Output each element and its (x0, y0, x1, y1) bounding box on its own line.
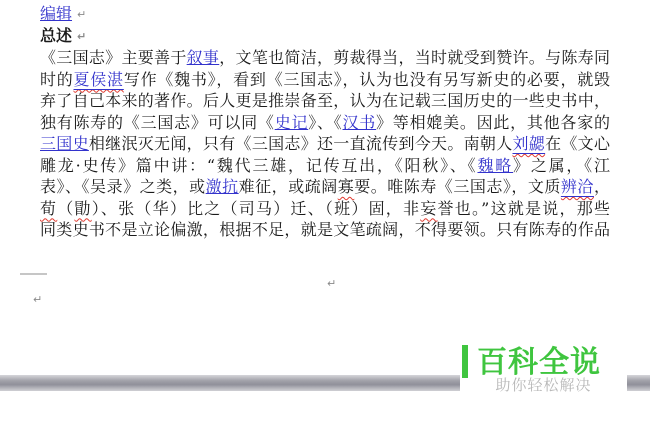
paragraph-line: 三国史相继泯灭无闻，只有《三国志》还一直流传到今天。南朝人刘勰在《文心 (40, 133, 610, 155)
text-run: 》等相媲美。因此，其他各家的 (376, 113, 610, 132)
text-run: 《三国志》主要善于 (40, 48, 187, 67)
text-run: 时的 (40, 70, 74, 89)
text-run: 寡 (338, 177, 355, 196)
text-run: 在《文心 (545, 134, 610, 153)
text-run: 弃了自己本来的著作。后人更是推崇备至，认为在记载三国历史的一些史书中， (40, 91, 610, 110)
watermark-logo: 百科全说 助你轻松解决 (460, 334, 627, 400)
text-run: 雕龙·史传》篇中讲：“魏代三雄，记传互出，《阳秋》、《 (40, 156, 477, 175)
text-run: 妄 (420, 199, 437, 218)
text-area[interactable]: 编辑↵ 总述↵ 《三国志》主要善于叙事，文笔也简洁，剪裁得当，当时就受到赞许。与… (40, 3, 610, 241)
wiki-link[interactable]: 汉书 (343, 113, 377, 132)
wiki-link[interactable]: 史记 (275, 113, 309, 132)
text-run: 写作《魏书》，看到《三国志》，认为也没有另写新史的必要，就毁 (124, 70, 610, 89)
text-run: （ (57, 199, 74, 218)
text-run: 》之属，《江 (513, 156, 610, 175)
wiki-link[interactable]: 刘勰 (513, 134, 546, 153)
paragraph-line: 表》、《吴录》之类，或激抗难征，或疏阔寡要。唯陈寿《三国志》，文质辨洽， (40, 176, 610, 198)
text-run: ，文笔也简洁，剪裁得当，当时就受到赞许。与陈寿同 (219, 48, 610, 67)
wiki-link[interactable]: 夏侯湛 (74, 70, 124, 89)
paragraph-line: 独有陈寿的《三国志》可以同《史记》、《汉书》等相媲美。因此，其他各家的 (40, 112, 610, 134)
paragraph-line: 荀（勖）、张（华）比之（司马）迁、（班）固，非妄誉也。”这就是说，那些 (40, 198, 610, 220)
spellcheck-underline: 荀 (40, 199, 57, 218)
text-run: 勖 (74, 199, 91, 218)
spellcheck-underline: 寡 (338, 177, 355, 196)
spellcheck-underline: 勖 (74, 199, 91, 218)
text-run: 难征，或疏阔 (239, 177, 338, 196)
spellcheck-underline: 辨洽 (561, 177, 594, 196)
text-run: 》、《 (308, 113, 342, 132)
section-heading: 总述 (40, 26, 72, 45)
paragraph-line: 同类史书不是立论偏激，根据不足，就是文笔疏阔，不得要领。只有陈寿的作品 (40, 219, 610, 241)
edit-line: 编辑↵ (40, 3, 610, 25)
paragraph: 《三国志》主要善于叙事，文笔也简洁，剪裁得当，当时就受到赞许。与陈寿同时的夏侯湛… (40, 47, 610, 241)
wiki-link[interactable]: 辨洽 (561, 177, 594, 196)
wiki-link[interactable]: 激抗 (206, 177, 239, 196)
separator-line (20, 273, 47, 275)
text-run: ， (594, 177, 610, 196)
text-run: 誉也。”这就是说，那些 (438, 199, 610, 218)
paragraph-line: 雕龙·史传》篇中讲：“魏代三雄，记传互出，《阳秋》、《魏略》之属，《江 (40, 155, 610, 177)
paragraph-line: 《三国志》主要善于叙事，文笔也简洁，剪裁得当，当时就受到赞许。与陈寿同 (40, 47, 610, 69)
edit-link[interactable]: 编辑 (40, 4, 72, 23)
heading-line: 总述↵ (40, 25, 610, 47)
text-run: 独有陈寿的《三国志》可以同《 (40, 113, 275, 132)
spellcheck-underline: 刘勰 (513, 134, 546, 153)
logo-tagline: 助你轻松解决 (460, 374, 627, 395)
paragraph-mark-icon: ↵ (77, 30, 86, 43)
wiki-link[interactable]: 三国史 (40, 134, 89, 153)
paragraph-mark-icon: ↵ (33, 293, 42, 306)
paragraph-line: 时的夏侯湛写作《魏书》，看到《三国志》，认为也没有另写新史的必要，就毁 (40, 69, 610, 91)
text-run: 荀 (40, 199, 57, 218)
text-run: ）、张（华）比之（司马）迁、（班）固，非 (92, 199, 421, 218)
text-run: 要。唯陈寿《三国志》，文质 (354, 177, 561, 196)
wiki-link[interactable]: 叙事 (187, 48, 220, 67)
text-run: 相继泯灭无闻，只有《三国志》还一直流传到今天。南朝人 (89, 134, 513, 153)
paragraph-mark-icon: ↵ (77, 8, 86, 21)
document-window: 编辑↵ 总述↵ 《三国志》主要善于叙事，文笔也简洁，剪裁得当，当时就受到赞许。与… (0, 0, 650, 432)
paragraph-line: 弃了自己本来的著作。后人更是推崇备至，认为在记载三国历史的一些史书中， (40, 90, 610, 112)
text-run: 同类史书不是立论偏激，根据不足，就是文笔疏阔，不得要领。只有陈寿的作品 (40, 220, 610, 239)
wiki-link[interactable]: 魏略 (477, 156, 513, 175)
spellcheck-underline: 夏侯湛 (74, 70, 124, 89)
text-run: 表》、《吴录》之类，或 (40, 177, 206, 196)
paragraph-mark-icon: ↵ (327, 277, 336, 290)
spellcheck-underline: 妄 (420, 199, 437, 218)
